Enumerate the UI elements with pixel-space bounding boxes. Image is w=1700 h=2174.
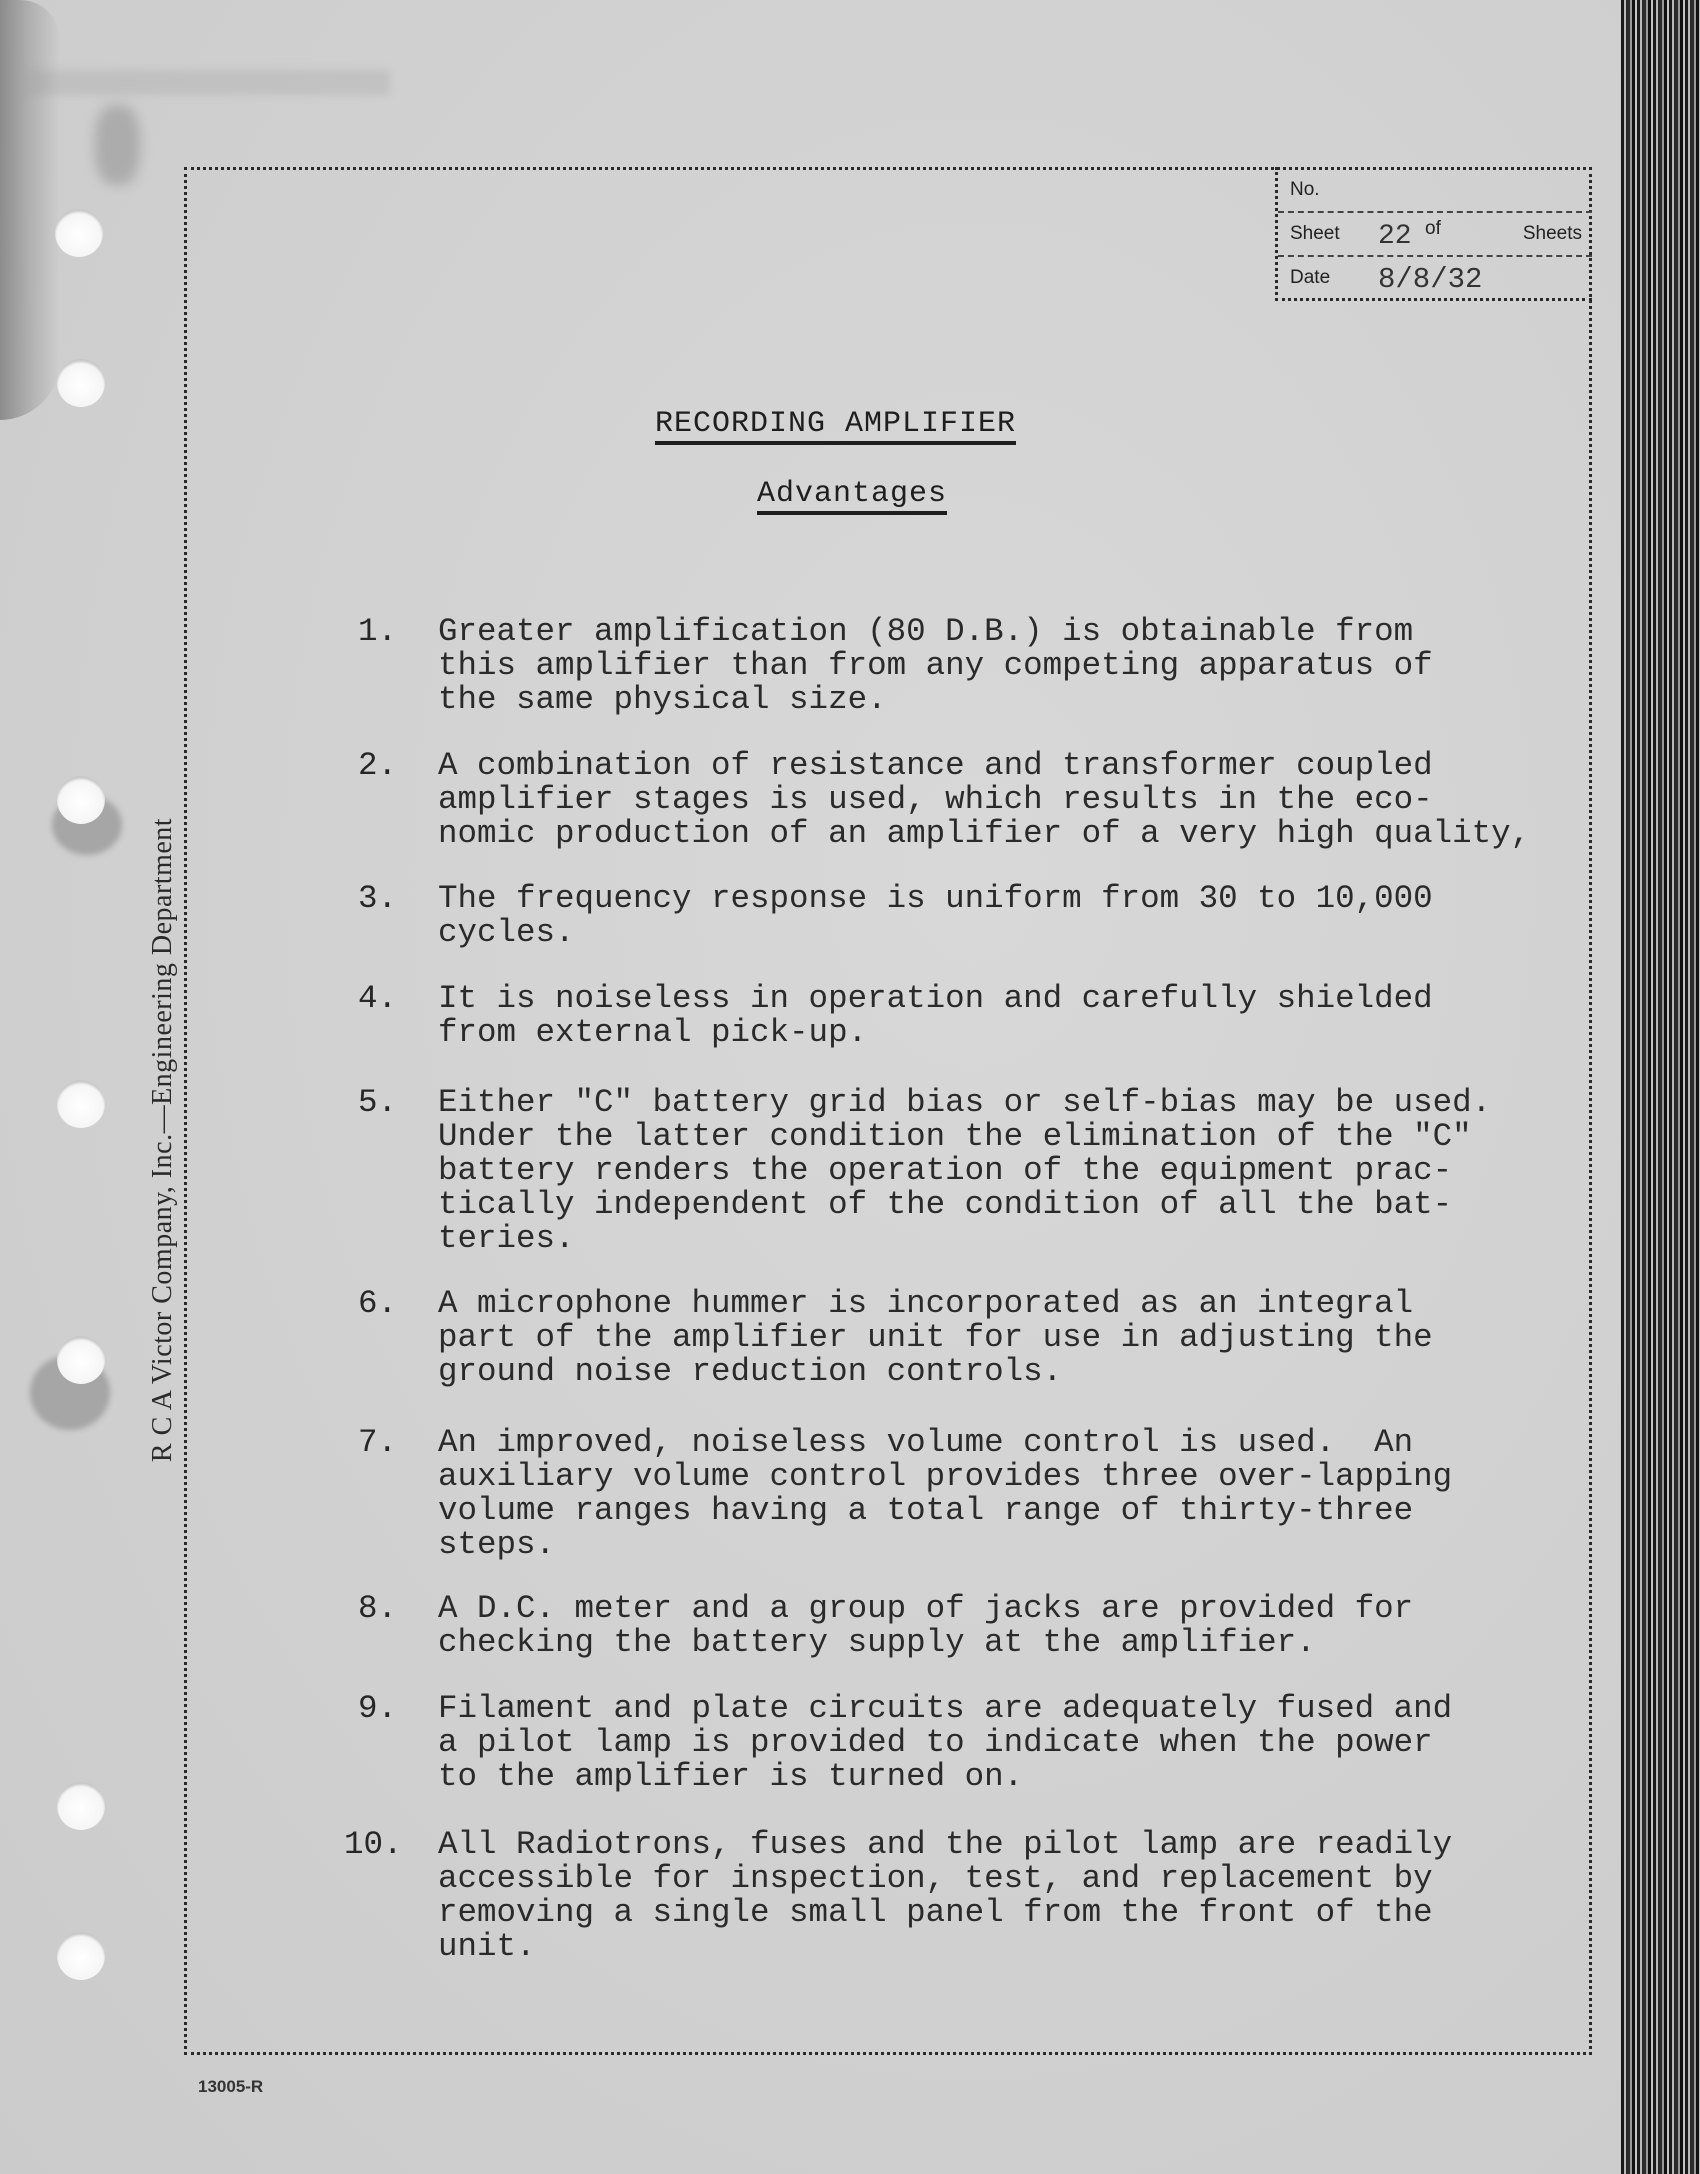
company-department-label: R C A Victor Company, Inc.—Engineering D…: [147, 818, 179, 1462]
punch-hole-icon: [57, 1080, 105, 1128]
sheet-number: 22: [1378, 221, 1412, 252]
info-row-number: No.: [1278, 167, 1592, 213]
of-label: of: [1425, 218, 1441, 240]
info-row-sheet: Sheet 22 of Sheets: [1278, 211, 1592, 257]
item-number: 9.: [358, 1692, 397, 1726]
punch-hole-icon: [57, 1932, 105, 1980]
item-number: 7.: [358, 1426, 397, 1460]
section-heading: Advantages: [757, 478, 947, 515]
water-stain: [95, 105, 140, 185]
item-text: It is noiseless in operation and careful…: [438, 982, 1433, 1050]
item-number: 1.: [358, 615, 397, 649]
punch-hole-icon: [57, 776, 105, 824]
punch-hole-icon: [57, 1336, 105, 1384]
document-page: No. Sheet 22 of Sheets Date 8/8/32 RECOR…: [0, 0, 1621, 2174]
sheet-info-box: No. Sheet 22 of Sheets Date 8/8/32: [1275, 167, 1592, 301]
document-title: RECORDING AMPLIFIER: [655, 408, 1016, 445]
item-number: 3.: [358, 882, 397, 916]
item-text: The frequency response is uniform from 3…: [438, 882, 1433, 950]
punch-hole-icon: [57, 1782, 105, 1830]
sheets-label: Sheets: [1523, 223, 1582, 245]
item-number: 5.: [358, 1086, 397, 1120]
punch-hole-icon: [57, 359, 105, 407]
item-number: 8.: [358, 1592, 397, 1626]
item-text: Greater amplification (80 D.B.) is obtai…: [438, 615, 1433, 717]
info-row-date: Date 8/8/32: [1278, 255, 1592, 299]
punch-hole-icon: [55, 209, 103, 257]
item-number: 10.: [344, 1828, 403, 1862]
item-number: 2.: [358, 749, 397, 783]
form-number: 13005-R: [198, 2077, 263, 2097]
item-text: A combination of resistance and transfor…: [438, 749, 1530, 851]
item-text: All Radiotrons, fuses and the pilot lamp…: [438, 1828, 1452, 1964]
item-text: A microphone hummer is incorporated as a…: [438, 1287, 1433, 1389]
item-text: An improved, noiseless volume control is…: [438, 1426, 1452, 1562]
water-stain: [30, 70, 390, 95]
item-text: Filament and plate circuits are adequate…: [438, 1692, 1452, 1794]
item-number: 4.: [358, 982, 397, 1016]
scanner-edge: [1621, 0, 1700, 2174]
sheet-label: Sheet: [1290, 223, 1340, 245]
item-text: A D.C. meter and a group of jacks are pr…: [438, 1592, 1413, 1660]
item-number: 6.: [358, 1287, 397, 1321]
date-label: Date: [1290, 267, 1330, 289]
water-stain: [0, 0, 60, 420]
item-text: Either "C" battery grid bias or self-bia…: [438, 1086, 1491, 1256]
date-value: 8/8/32: [1378, 263, 1482, 296]
number-label: No.: [1290, 179, 1320, 201]
